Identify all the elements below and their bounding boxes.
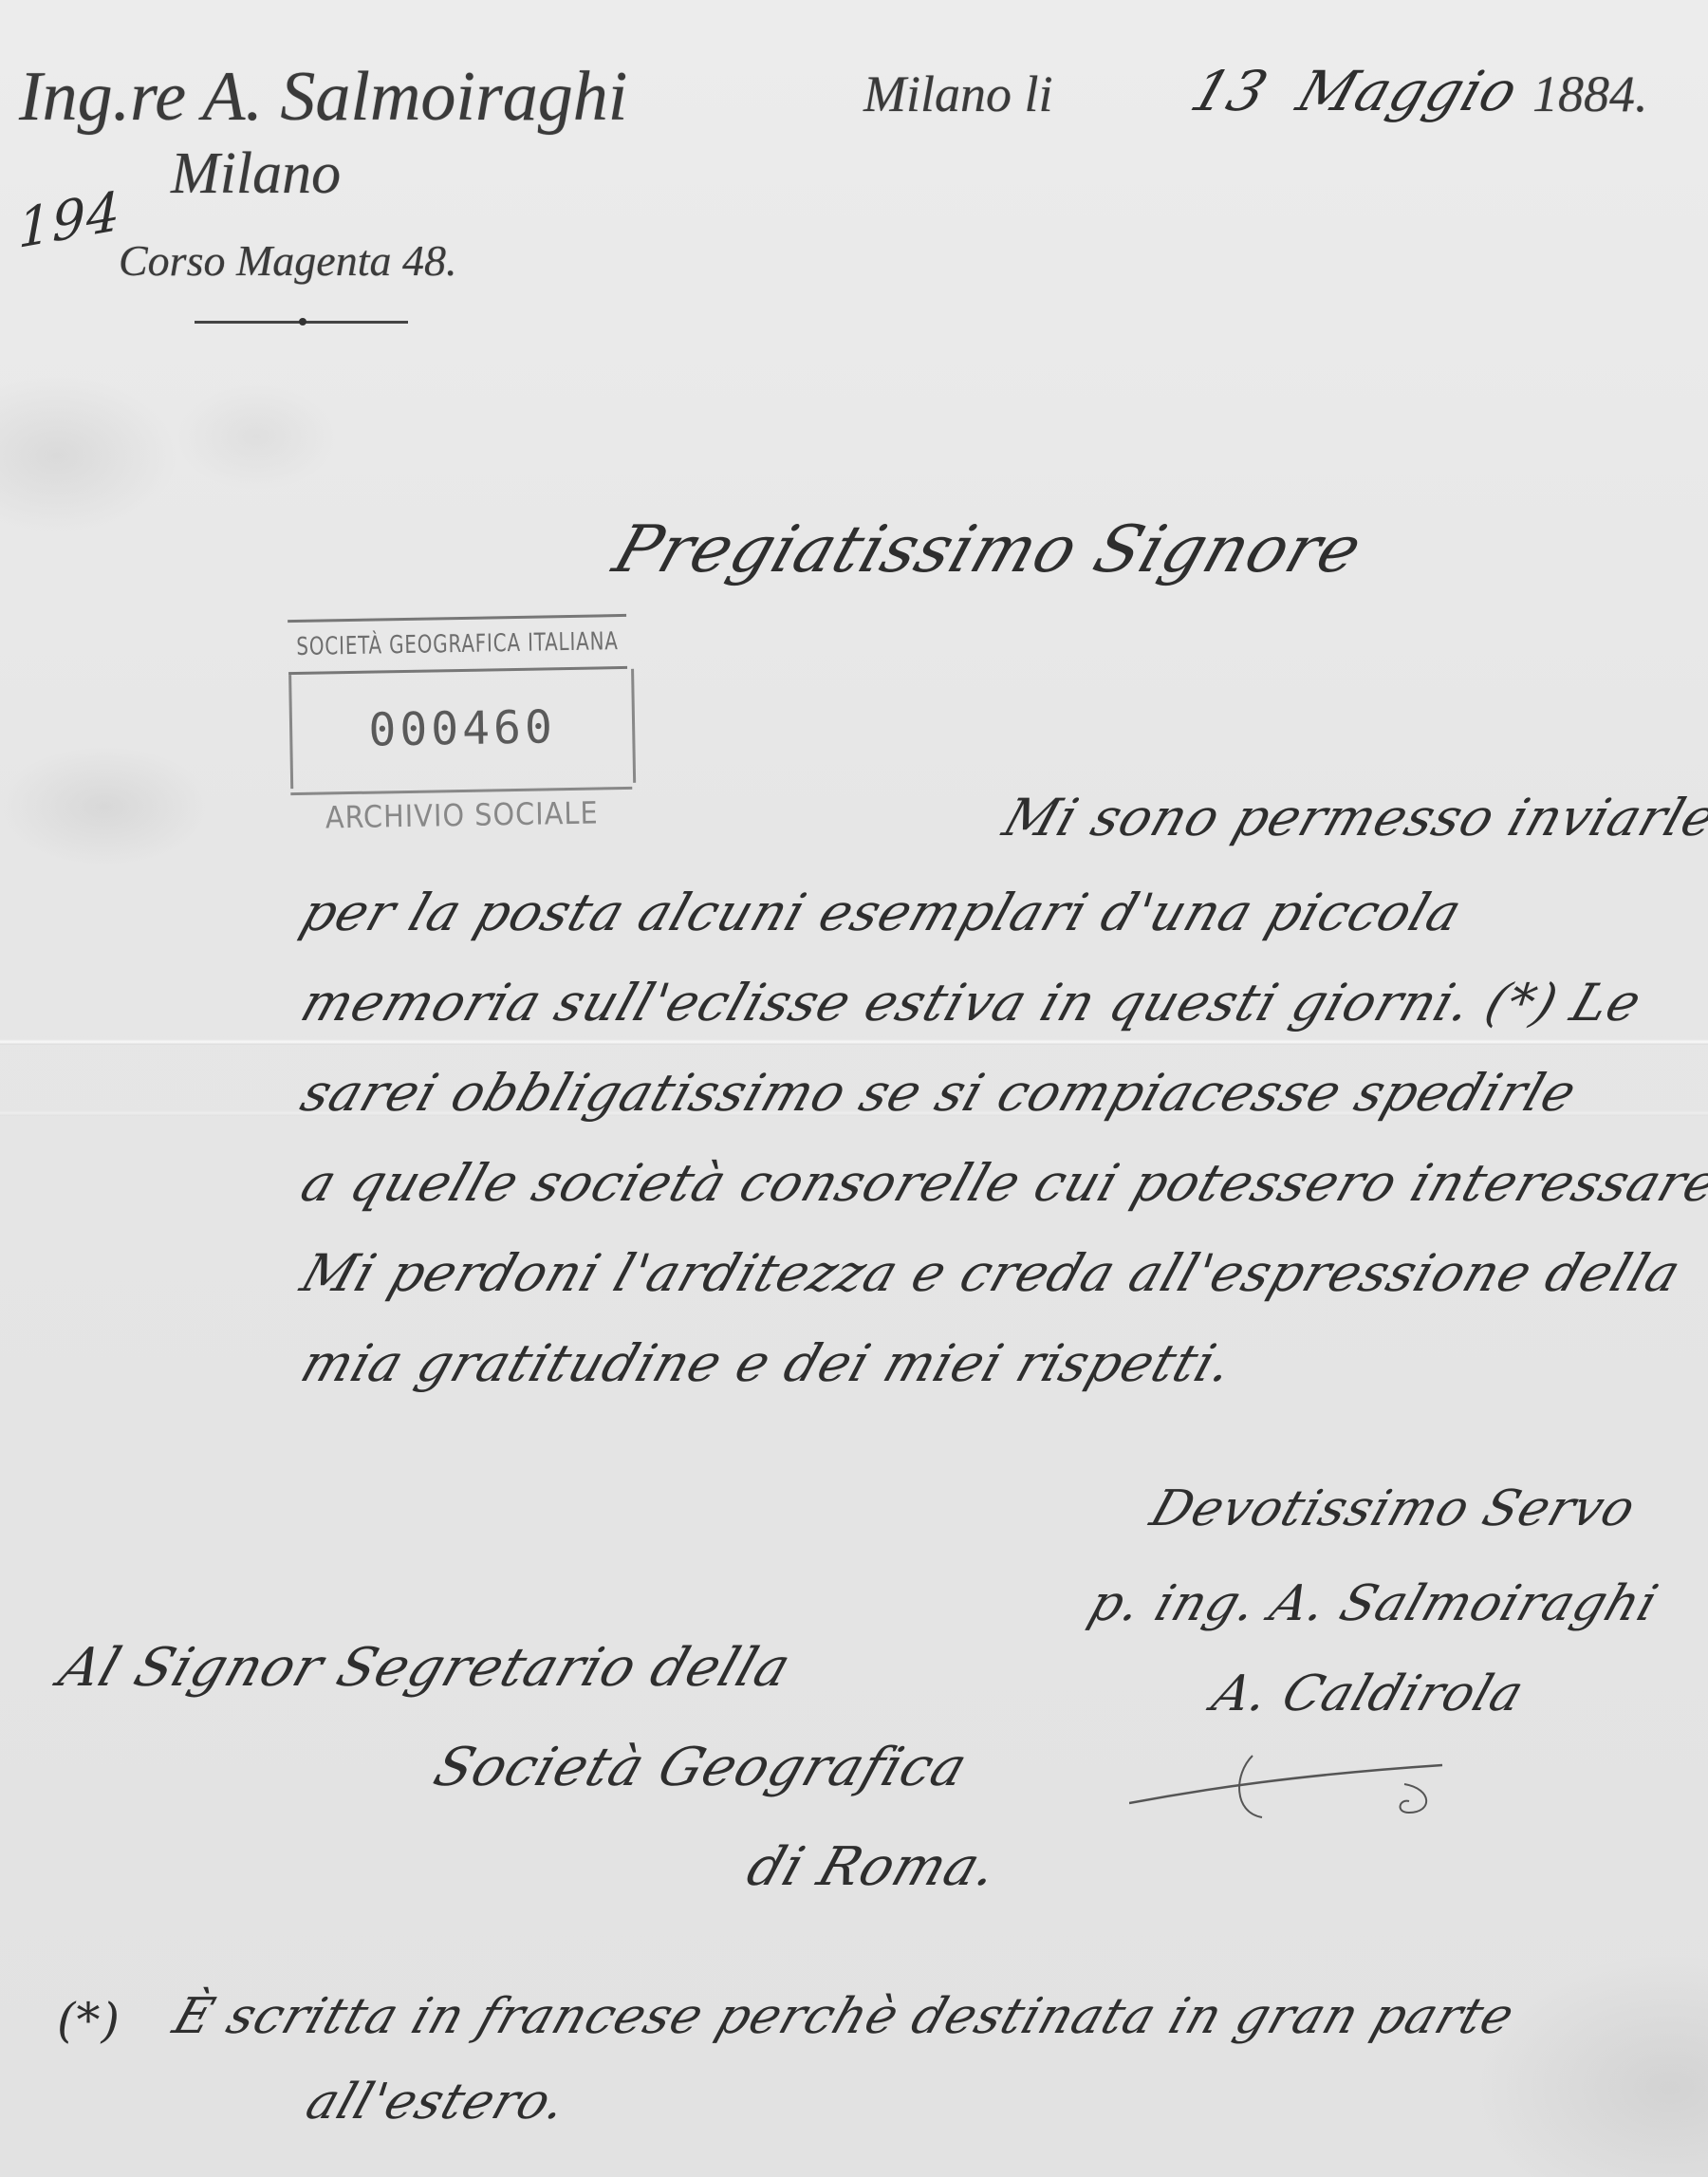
signature: A. Caldirola (1205, 1665, 1531, 1722)
body-line: Mi perdoni l'arditezza e creda all'espre… (294, 1243, 1689, 1303)
letterhead-city: Milano (171, 140, 341, 208)
letterhead-divider (195, 321, 408, 324)
body-line: a quelle società consorelle cui potesser… (294, 1153, 1708, 1213)
archive-stamp: SOCIETÀ GEOGRAFICA ITALIANA 000460 ARCHI… (288, 605, 633, 838)
signatory-line: p. ing. A. Salmoiraghi (1082, 1575, 1665, 1632)
body-line: memoria sull'eclisse estiva in questi gi… (294, 973, 1649, 1033)
stamp-header: SOCIETÀ GEOGRAFICA ITALIANA (288, 614, 627, 675)
letterhead-address: Corso Magenta 48. (119, 235, 457, 286)
addressee-line: di Roma. (739, 1836, 1006, 1898)
salutation: Pregiatissimo Signore (604, 512, 1371, 587)
letter-page: 194 Ing.re A. Salmoiraghi Milano Corso M… (0, 0, 1708, 2177)
stamp-footer: ARCHIVIO SOCIALE (290, 787, 633, 839)
body-line: mia gratitudine e dei miei rispetti. (294, 1333, 1241, 1393)
stamp-number: 000460 (288, 669, 636, 789)
signature-flourish-icon (1129, 1737, 1452, 1822)
addressee-line: Al Signor Segretario della (51, 1637, 798, 1699)
dateline-place: Milano li (863, 65, 1053, 123)
body-line: sarei obbligatissimo se si compiacesse s… (294, 1063, 1585, 1123)
footnote-line: all'estero. (299, 2074, 574, 2130)
dateline-year: 1884. (1532, 65, 1648, 123)
dateline-month: Maggio (1290, 59, 1527, 123)
paper-fold-line (0, 1039, 1708, 1045)
footnote-marker: (*) (57, 1993, 121, 2048)
archive-annotation: 194 (18, 180, 121, 261)
body-line: Mi sono permesso inviarle (996, 788, 1708, 847)
letterhead-name: Ing.re A. Salmoiraghi (19, 57, 627, 138)
footnote-line: È scritta in francese perchè destinata i… (166, 1988, 1521, 2045)
valediction: Devotissimo Servo (1143, 1480, 1643, 1537)
body-line: per la posta alcuni esemplari d'una picc… (294, 883, 1470, 942)
addressee-line: Società Geografica (426, 1737, 975, 1798)
dateline-day: 13 (1183, 59, 1276, 123)
